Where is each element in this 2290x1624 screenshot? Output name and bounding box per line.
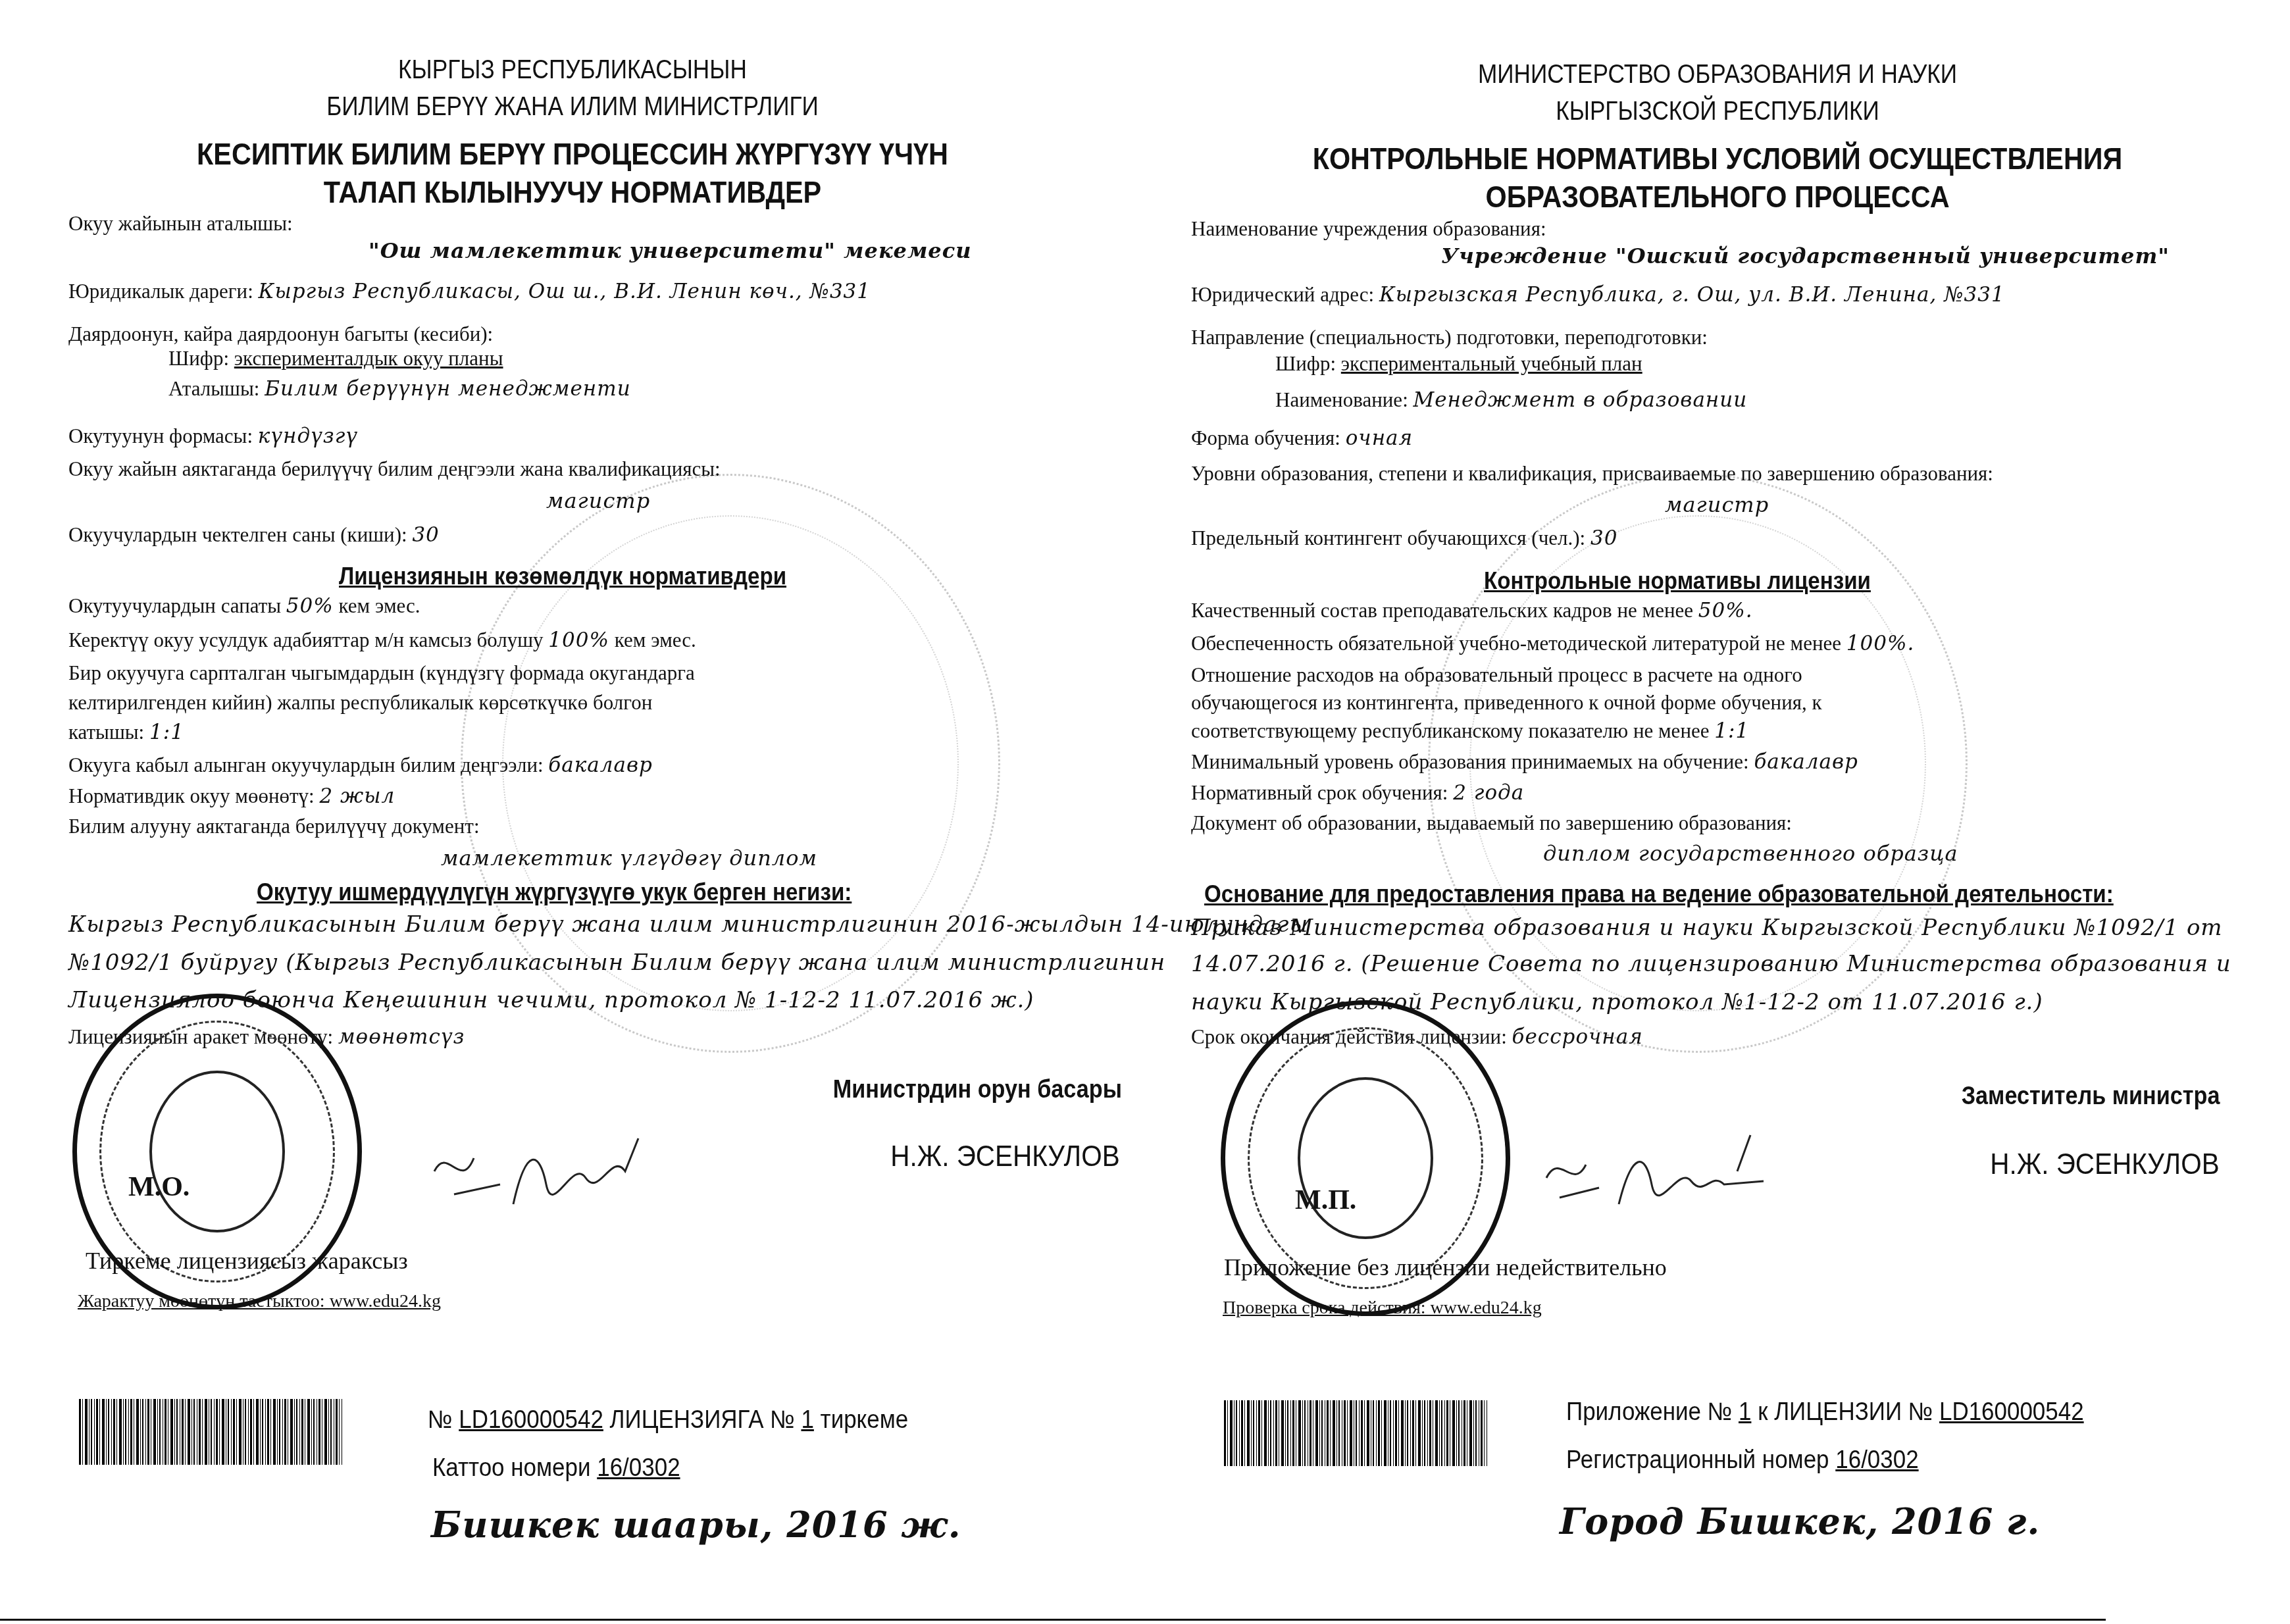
qualification-value: магистр [546, 488, 650, 513]
duration-row: Нормативдик окуу мөөнөтү: 2 жыл [68, 784, 395, 808]
norm-teacher-quality: Качественный состав преподавательских ка… [1191, 599, 1753, 622]
address-value: Кыргыз Республикасы, Ош ш., В.И. Ленин к… [259, 280, 871, 303]
contingent-value: 30 [1590, 526, 1617, 550]
admission-level-value: бакалавр [548, 753, 653, 777]
document-label: Билим алууну аяктаганда берилүүчү докуме… [68, 815, 480, 838]
basis-line2: №1092/1 буйругу (Кыргыз Республикасынын … [68, 950, 1165, 976]
registration-number: 16/0302 [1835, 1446, 1918, 1474]
code-label: Шифр: [168, 347, 229, 370]
verification-link[interactable]: Жарактуу мөөнөтүн тастыктоо: www.edu24.k… [78, 1291, 441, 1312]
study-form-row: Форма обучения: очная [1191, 426, 1413, 450]
program-name-label: Аталышы: [168, 377, 259, 400]
program-name-row: Аталышы: Билим берүүнүн менеджменти [168, 377, 631, 401]
issue-city-year: Бишкек шаары, 2016 ж. [431, 1504, 961, 1546]
license-number: LD160000542 [459, 1406, 603, 1434]
signer-name: Н.Ж. ЭСЕНКУЛОВ [1991, 1148, 2220, 1181]
seal-mark: М.П. [1295, 1184, 1356, 1216]
study-form-label: Окутуунун формасы: [68, 424, 253, 447]
signature [1540, 1132, 1777, 1211]
document-title: КЕСИПТИК БИЛИМ БЕРҮҮ ПРОЦЕССИН ЖҮРГҮЗҮҮ … [57, 135, 1088, 211]
address-row: Юридический адрес: Кыргызская Республика… [1191, 283, 2005, 307]
norm-expenses-ratio: соответствующему республиканскому показа… [1191, 719, 1749, 743]
verification-link[interactable]: Проверка срока действия: www.edu24.kg [1223, 1298, 1542, 1319]
norms-heading: Контрольные нормативы лицензии [1484, 567, 1871, 595]
direction-label: Направление (специальность) подготовки, … [1191, 326, 1708, 349]
norm-expenses-line1: Отношение расходов на образовательный пр… [1191, 663, 1802, 687]
study-form-value: күндүзгү [258, 424, 358, 448]
admission-level-value: бакалавр [1754, 750, 1858, 774]
norm-expenses-line2: келтирилгенден кийин) жалпы республикалы… [68, 691, 652, 715]
appendix-number: 1 [1739, 1398, 1751, 1426]
institution-value: "Ош мамлекеттик университети" мекемеси [369, 238, 971, 263]
license-number: LD160000542 [1939, 1398, 2084, 1426]
contingent-value: 30 [412, 523, 439, 547]
norm-teacher-quality-value: 50% [286, 594, 334, 618]
contingent-row: Предельный контингент обучающихся (чел.)… [1191, 526, 1617, 550]
registration-row: Каттоо номери 16/0302 [432, 1454, 680, 1483]
address-value: Кыргызская Республика, г. Ош, ул. В.И. Л… [1379, 283, 2005, 307]
license-reference: № LD160000542 ЛИЦЕНЗИЯГА № 1 тиркеме [428, 1406, 908, 1434]
signature [428, 1132, 665, 1211]
institution-label: Наименование учреждения образования: [1191, 217, 1546, 241]
validity-value: бессрочная [1512, 1025, 1643, 1049]
basis-heading: Основание для предоставления права на ве… [1204, 880, 2114, 908]
address-label: Юридический адрес: [1191, 283, 1374, 306]
norm-literature: Обеспеченность обязательной учебно-метод… [1191, 632, 1914, 655]
code-value: эксперименталдык окуу планы [234, 347, 503, 370]
basis-heading: Окутуу ишмердүүлүгүн жүргүзүүгө укук бер… [257, 878, 852, 906]
study-form-label: Форма обучения: [1191, 426, 1340, 449]
seal-mark: М.О. [128, 1171, 190, 1203]
norm-expenses-line1: Бир окуучуга сарпталган чыгымдардын (күн… [68, 661, 695, 685]
issue-city-year: Город Бишкек, 2016 г. [1560, 1500, 2040, 1542]
license-reference: Приложение № 1 к ЛИЦЕНЗИИ № LD160000542 [1566, 1398, 2084, 1427]
norm-teacher-quality-value: 50%. [1698, 599, 1753, 622]
norm-teacher-quality: Окутуучулардын сапаты 50% кем эмес. [68, 594, 420, 618]
appendix-number: 1 [801, 1406, 813, 1434]
qualification-label: Окуу жайын аяктаганда берилүүчү билим де… [68, 457, 721, 481]
program-name-label: Наименование: [1275, 388, 1408, 411]
appendix-page-kyrgyz: КЫРГЫЗ РЕСПУБЛИКАСЫНЫН БИЛИМ БЕРҮҮ ЖАНА … [0, 0, 1145, 1624]
norm-expenses-value: 1:1 [149, 721, 184, 744]
institution-label: Окуу жайынын аталышы: [68, 212, 293, 236]
basis-line1: Приказ Министерства образования и науки … [1191, 915, 2223, 941]
code-value: экспериментальный учебный план [1341, 352, 1642, 375]
address-row: Юридикалык дареги: Кыргыз Республикасы, … [68, 280, 871, 303]
contingent-label: Предельный контингент обучающихся (чел.)… [1191, 526, 1585, 549]
duration-value: 2 жыл [319, 784, 395, 808]
registration-row: Регистрационный номер 16/0302 [1566, 1446, 1919, 1475]
study-form-row: Окутуунун формасы: күндүзгү [68, 424, 358, 448]
code-row: Шифр: экспериментальный учебный план [1275, 352, 1642, 376]
qualification-label: Уровни образования, степени и квалификац… [1191, 462, 1993, 486]
validity-value: мөөнөтсүз [338, 1025, 465, 1049]
norm-literature-value: 100%. [1846, 632, 1914, 655]
qualification-value: магистр [1665, 492, 1769, 517]
duration-value: 2 года [1453, 781, 1524, 805]
signer-title: Министрдин орун басары [833, 1076, 1122, 1104]
admission-level-row: Минимальный уровень образования принимае… [1191, 750, 1858, 774]
program-name-value: Билим берүүнүн менеджменти [265, 377, 630, 401]
basis-line2: 14.07.2016 г. (Решение Совета по лицензи… [1191, 951, 2231, 977]
signer-name: Н.Ж. ЭСЕНКУЛОВ [891, 1140, 1120, 1173]
norm-expenses-value: 1:1 [1714, 719, 1749, 743]
basis-line1: Кыргыз Республикасынын Билим берүү жана … [68, 911, 1308, 938]
norms-heading: Лицензиянын көзөмөлдүк нормативдери [339, 563, 786, 590]
validity-note: Тиркеме лицензиясыз жараксыз [86, 1247, 408, 1275]
admission-level-row: Окууга кабыл алынган окуучулардын билим … [68, 753, 653, 777]
barcode [79, 1399, 342, 1465]
registration-number: 16/0302 [597, 1454, 680, 1482]
duration-row: Нормативный срок обучения: 2 года [1191, 781, 1524, 805]
validity-note: Приложение без лицензии недействительно [1224, 1254, 1667, 1281]
scan-edge-line [0, 1619, 2106, 1621]
contingent-label: Окуучулардын чектелген саны (киши): [68, 523, 407, 546]
program-name-row: Наименование: Менеджмент в образовании [1275, 388, 1747, 412]
code-label: Шифр: [1275, 352, 1336, 375]
norm-expenses-line2: обучающегося из контингента, приведенног… [1191, 691, 1822, 715]
signer-title: Заместитель министра [1961, 1082, 2220, 1111]
barcode [1224, 1400, 1487, 1466]
document-title: КОНТРОЛЬНЫЕ НОРМАТИВЫ УСЛОВИЙ ОСУЩЕСТВЛЕ… [1202, 140, 2233, 216]
direction-label: Даярдоонун, кайра даярдоонун багыты (кес… [68, 322, 493, 346]
ministry-name: МИНИСТЕРСТВО ОБРАЗОВАНИЯ И НАУКИ КЫРГЫЗС… [1213, 56, 2221, 130]
document-label: Документ об образовании, выдаваемый по з… [1191, 811, 1792, 835]
document-value: диплом государственного образца [1543, 841, 1958, 866]
institution-value: Учреждение "Ошский государственный униве… [1441, 243, 2170, 268]
address-label: Юридикалык дареги: [68, 280, 253, 303]
ministry-name: КЫРГЫЗ РЕСПУБЛИКАСЫНЫН БИЛИМ БЕРҮҮ ЖАНА … [68, 51, 1076, 125]
program-name-value: Менеджмент в образовании [1413, 388, 1748, 412]
study-form-value: очная [1346, 426, 1413, 450]
contingent-row: Окуучулардын чектелген саны (киши): 30 [68, 523, 440, 547]
code-row: Шифр: эксперименталдык окуу планы [168, 347, 503, 370]
norm-literature: Керектүү окуу усулдук адабияттар м/н кам… [68, 628, 696, 652]
norm-literature-value: 100% [548, 628, 609, 652]
norm-expenses-ratio: катышы: 1:1 [68, 721, 184, 744]
document-value: мамлекеттик үлгүдөгү диплом [441, 846, 817, 871]
appendix-page-russian: МИНИСТЕРСТВО ОБРАЗОВАНИЯ И НАУКИ КЫРГЫЗС… [1145, 0, 2290, 1624]
